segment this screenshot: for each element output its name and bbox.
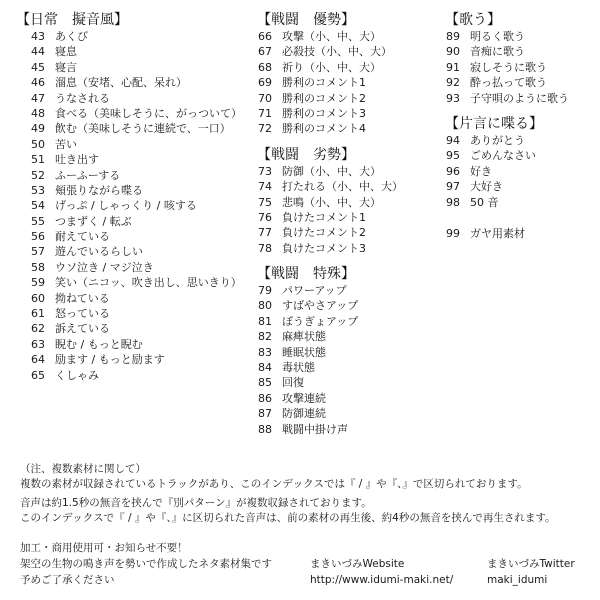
track-list: 79パワーアップ80すばやさアップ81ぼうぎょアップ82麻痺状態83睡眠状態84… — [257, 283, 403, 437]
track-item: 79パワーアップ — [257, 283, 403, 298]
track-label: 攻撃（小、中、大） — [282, 29, 381, 44]
track-label: くしゃみ — [55, 368, 99, 383]
track-number: 66 — [258, 29, 282, 44]
track-number: 95 — [446, 148, 470, 163]
track-item: 60拗ねている — [16, 291, 242, 306]
track-item: 90音痴に歌う — [445, 44, 569, 59]
track-label: 励ます / もっと励ます — [55, 352, 165, 367]
section-title: 【戦闘 特殊】 — [257, 266, 403, 283]
track-number: 70 — [258, 91, 282, 106]
track-list: 89明るく歌う90音痴に歌う91寂しそうに歌う92酔っ払って歌う93子守唄のよう… — [445, 29, 569, 106]
track-number: 94 — [446, 133, 470, 148]
website-label: まきいづみWebsite — [310, 556, 453, 572]
track-number: 91 — [446, 60, 470, 75]
track-item: 85回復 — [257, 375, 403, 390]
track-label: 勝利のコメント2 — [282, 91, 366, 106]
spacer — [445, 210, 569, 226]
track-label: 怒っている — [55, 306, 110, 321]
track-number: 81 — [258, 314, 282, 329]
track-item: 70勝利のコメント2 — [257, 91, 403, 106]
track-label: 酔っ払って歌う — [470, 75, 547, 90]
track-label: げっぷ / しゃっくり / 咳する — [55, 198, 197, 213]
track-item: 78負けたコメント3 — [257, 241, 403, 256]
track-item: 69勝利のコメント1 — [257, 75, 403, 90]
track-label: 勝利のコメント3 — [282, 106, 366, 121]
section-title: 【戦闘 優勢】 — [257, 12, 403, 29]
track-item: 55つまずく / 転ぶ — [16, 214, 242, 229]
track-item: 64励ます / もっと励ます — [16, 352, 242, 367]
track-number: 55 — [31, 214, 55, 229]
track-label: 悲鳴（小、中、大） — [282, 195, 381, 210]
track-number: 84 — [258, 360, 282, 375]
track-label: 大好き — [470, 179, 503, 194]
track-number: 83 — [258, 345, 282, 360]
track-item: 50苦い — [16, 137, 242, 152]
track-item: 93子守唄のように歌う — [445, 91, 569, 106]
track-item: 58ウソ泣き / マジ泣き — [16, 260, 242, 275]
section-title: 【日常 擬音風】 — [16, 12, 242, 29]
track-number: 89 — [446, 29, 470, 44]
track-label: 必殺技（小、中、大） — [282, 44, 392, 59]
twitter-handle-link[interactable]: maki_idumi — [487, 574, 547, 586]
track-label: 溜息（安堵、心配、呆れ） — [55, 75, 187, 90]
spacer — [257, 256, 403, 266]
track-label: 子守唄のように歌う — [470, 91, 569, 106]
track-label: 頬張りながら喋る — [55, 183, 143, 198]
track-number: 74 — [258, 179, 282, 194]
track-number: 86 — [258, 391, 282, 406]
website-link[interactable]: http://www.idumi-maki.net/ — [310, 574, 453, 586]
track-list: 99ガヤ用素材 — [445, 226, 569, 241]
track-number: 96 — [446, 164, 470, 179]
track-label: 明るく歌う — [470, 29, 525, 44]
license-note: 加工・商用使用可・お知らせ不要！ 架空の生物の鳴き声を勢いで作成したネタ素材集で… — [20, 540, 272, 588]
track-label: 負けたコメント2 — [282, 225, 366, 240]
track-item: 48食べる（美味しそうに、がっついて） — [16, 106, 242, 121]
track-number: 73 — [258, 164, 282, 179]
track-label: ふーふーする — [55, 168, 120, 183]
track-item: 80すばやさアップ — [257, 298, 403, 313]
track-item: 97大好き — [445, 179, 569, 194]
track-label: 打たれる（小、中、大） — [282, 179, 403, 194]
track-number: 69 — [258, 75, 282, 90]
track-label: あくび — [55, 29, 88, 44]
track-number: 72 — [258, 121, 282, 136]
track-item: 81ぼうぎょアップ — [257, 314, 403, 329]
track-item: 67必殺技（小、中、大） — [257, 44, 403, 59]
notes-line-1: 複数の素材が収録されているトラックがあり、このインデックスでは『 / 』や『、』… — [20, 477, 590, 492]
track-number: 88 — [258, 422, 282, 437]
track-number: 80 — [258, 298, 282, 313]
track-number: 54 — [31, 198, 55, 213]
track-number: 43 — [31, 29, 55, 44]
track-number: 50 — [31, 137, 55, 152]
track-label: 勝利のコメント1 — [282, 75, 366, 90]
track-item: 62訴えている — [16, 321, 242, 336]
track-item: 49飲む（美味しそうに連続で、一口） — [16, 121, 242, 136]
track-label: 負けたコメント1 — [282, 210, 366, 225]
track-item: 72勝利のコメント4 — [257, 121, 403, 136]
section-daily-onomatopoeia: 【日常 擬音風】 43あくび44寝息45寝言46溜息（安堵、心配、呆れ）47うな… — [16, 12, 242, 383]
track-item: 51吐き出す — [16, 152, 242, 167]
track-label: 祈り（小、中、大） — [282, 60, 381, 75]
license-line-2: 架空の生物の鳴き声を勢いで作成したネタ素材集です — [20, 556, 272, 572]
track-item: 96好き — [445, 164, 569, 179]
track-item: 82麻痺状態 — [257, 329, 403, 344]
section-battle-disadvantage: 【戦闘 劣勢】 73防御（小、中、大）74打たれる（小、中、大）75悲鳴（小、中… — [257, 147, 403, 256]
track-number: 56 — [31, 229, 55, 244]
track-item: 46溜息（安堵、心配、呆れ） — [16, 75, 242, 90]
section-battle-special: 【戦闘 特殊】 79パワーアップ80すばやさアップ81ぼうぎょアップ82麻痺状態… — [257, 266, 403, 437]
track-label: 遊んでいるらしい — [55, 244, 143, 259]
track-number: 57 — [31, 244, 55, 259]
track-label: すばやさアップ — [282, 298, 358, 313]
track-number: 48 — [31, 106, 55, 121]
notes-line-2: 音声は約1.5秒の無音を挟んで『別パターン』が複数収録されております。 — [20, 496, 590, 511]
track-number: 78 — [258, 241, 282, 256]
column-daily: 【日常 擬音風】 43あくび44寝息45寝言46溜息（安堵、心配、呆れ）47うな… — [16, 12, 242, 383]
track-label: 音痴に歌う — [470, 44, 525, 59]
track-item: 43あくび — [16, 29, 242, 44]
track-label: 吐き出す — [55, 152, 99, 167]
track-label: 睡眠状態 — [282, 345, 326, 360]
track-number: 87 — [258, 406, 282, 421]
track-label: パワーアップ — [282, 283, 347, 298]
track-item: 91寂しそうに歌う — [445, 60, 569, 75]
track-number: 61 — [31, 306, 55, 321]
track-item: 56耐えている — [16, 229, 242, 244]
track-item: 61怒っている — [16, 306, 242, 321]
section-title: 【片言に喋る】 — [445, 116, 569, 133]
track-label: ガヤ用素材 — [470, 226, 525, 241]
track-number: 98 — [446, 195, 470, 210]
track-number: 51 — [31, 152, 55, 167]
track-label: 寝息 — [55, 44, 77, 59]
track-number: 46 — [31, 75, 55, 90]
track-item: 9850 音 — [445, 195, 569, 210]
track-item: 89明るく歌う — [445, 29, 569, 44]
track-label: 防御（小、中、大） — [282, 164, 381, 179]
track-label: 訴えている — [55, 321, 110, 336]
track-label: ありがとう — [470, 133, 525, 148]
track-number: 75 — [258, 195, 282, 210]
track-number: 67 — [258, 44, 282, 59]
track-item: 71勝利のコメント3 — [257, 106, 403, 121]
track-number: 90 — [446, 44, 470, 59]
track-number: 93 — [446, 91, 470, 106]
track-number: 97 — [446, 179, 470, 194]
spacer — [257, 137, 403, 147]
track-number: 47 — [31, 91, 55, 106]
track-item: 75悲鳴（小、中、大） — [257, 195, 403, 210]
license-line-1: 加工・商用使用可・お知らせ不要！ — [20, 540, 272, 556]
track-number: 65 — [31, 368, 55, 383]
track-item: 45寝言 — [16, 60, 242, 75]
track-list: 73防御（小、中、大）74打たれる（小、中、大）75悲鳴（小、中、大）76負けた… — [257, 164, 403, 256]
track-number: 59 — [31, 275, 55, 290]
track-item: 94ありがとう — [445, 133, 569, 148]
track-item: 59笑い（ニコッ、吹き出し、思いきり） — [16, 275, 242, 290]
track-label: 回復 — [282, 375, 304, 390]
track-label: うなされる — [55, 91, 110, 106]
track-label: 防御連続 — [282, 406, 326, 421]
track-list: 43あくび44寝息45寝言46溜息（安堵、心配、呆れ）47うなされる48食べる（… — [16, 29, 242, 383]
track-item: 47うなされる — [16, 91, 242, 106]
track-number: 45 — [31, 60, 55, 75]
track-item: 73防御（小、中、大） — [257, 164, 403, 179]
column-sing-speak: 【歌う】 89明るく歌う90音痴に歌う91寂しそうに歌う92酔っ払って歌う93子… — [445, 12, 569, 241]
track-item: 77負けたコメント2 — [257, 225, 403, 240]
track-number: 71 — [258, 106, 282, 121]
track-item: 87防御連続 — [257, 406, 403, 421]
column-battle: 【戦闘 優勢】 66攻撃（小、中、大）67必殺技（小、中、大）68祈り（小、中、… — [257, 12, 403, 437]
license-line-3: 予めご了承ください — [20, 572, 272, 588]
section-sing: 【歌う】 89明るく歌う90音痴に歌う91寂しそうに歌う92酔っ払って歌う93子… — [445, 12, 569, 106]
track-number: 76 — [258, 210, 282, 225]
spacer — [445, 106, 569, 116]
notes-heading: （注、複数素材に関して） — [20, 462, 590, 477]
track-number: 85 — [258, 375, 282, 390]
track-item: 95ごめんなさい — [445, 148, 569, 163]
track-label: 毒状態 — [282, 360, 315, 375]
track-number: 62 — [31, 321, 55, 336]
track-number: 64 — [31, 352, 55, 367]
track-item: 84毒状態 — [257, 360, 403, 375]
track-item: 52ふーふーする — [16, 168, 242, 183]
track-number: 44 — [31, 44, 55, 59]
track-label: 睨む / もっと睨む — [55, 337, 143, 352]
track-label: 寂しそうに歌う — [470, 60, 547, 75]
track-item: 68祈り（小、中、大） — [257, 60, 403, 75]
track-number: 77 — [258, 225, 282, 240]
track-label: 笑い（ニコッ、吹き出し、思いきり） — [55, 275, 242, 290]
track-list: 94ありがとう95ごめんなさい96好き97大好き9850 音 — [445, 133, 569, 210]
track-item: 99ガヤ用素材 — [445, 226, 569, 241]
track-number: 68 — [258, 60, 282, 75]
track-number: 53 — [31, 183, 55, 198]
track-number: 52 — [31, 168, 55, 183]
track-item: 74打たれる（小、中、大） — [257, 179, 403, 194]
twitter-info: まきいづみTwitter maki_idumi — [487, 556, 575, 588]
track-number: 58 — [31, 260, 55, 275]
website-info: まきいづみWebsite http://www.idumi-maki.net/ — [310, 556, 453, 588]
notes-line-3: このインデックスで『 / 』や『、』に区切られた音声は、前の素材の再生後、約4秒… — [20, 511, 590, 526]
track-item: 65くしゃみ — [16, 368, 242, 383]
track-label: 苦い — [55, 137, 77, 152]
track-label: 麻痺状態 — [282, 329, 326, 344]
track-label: 耐えている — [55, 229, 110, 244]
track-label: 寝言 — [55, 60, 77, 75]
track-item: 76負けたコメント1 — [257, 210, 403, 225]
track-label: 飲む（美味しそうに連続で、一口） — [55, 121, 231, 136]
section-battle-advantage: 【戦闘 優勢】 66攻撃（小、中、大）67必殺技（小、中、大）68祈り（小、中、… — [257, 12, 403, 137]
track-item: 57遊んでいるらしい — [16, 244, 242, 259]
track-label: つまずく / 転ぶ — [55, 214, 132, 229]
track-label: ごめんなさい — [470, 148, 536, 163]
track-label: ぼうぎょアップ — [282, 314, 358, 329]
section-broken-speech: 【片言に喋る】 94ありがとう95ごめんなさい96好き97大好き9850 音 — [445, 116, 569, 210]
track-list: 66攻撃（小、中、大）67必殺技（小、中、大）68祈り（小、中、大）69勝利のコ… — [257, 29, 403, 137]
notes-block: （注、複数素材に関して） 複数の素材が収録されているトラックがあり、このインデッ… — [20, 462, 590, 526]
track-number: 49 — [31, 121, 55, 136]
track-label: 50 音 — [470, 195, 499, 210]
track-item: 53頬張りながら喋る — [16, 183, 242, 198]
track-number: 82 — [258, 329, 282, 344]
section-title: 【戦闘 劣勢】 — [257, 147, 403, 164]
track-item: 66攻撃（小、中、大） — [257, 29, 403, 44]
track-item: 86攻撃連続 — [257, 391, 403, 406]
track-item: 83睡眠状態 — [257, 345, 403, 360]
track-label: 拗ねている — [55, 291, 110, 306]
track-label: 勝利のコメント4 — [282, 121, 366, 136]
track-number: 79 — [258, 283, 282, 298]
section-title: 【歌う】 — [445, 12, 569, 29]
track-item: 88戦闘中掛け声 — [257, 422, 403, 437]
track-label: 攻撃連続 — [282, 391, 326, 406]
section-crowd: 99ガヤ用素材 — [445, 226, 569, 241]
track-number: 92 — [446, 75, 470, 90]
track-label: 好き — [470, 164, 492, 179]
track-label: 負けたコメント3 — [282, 241, 366, 256]
track-label: ウソ泣き / マジ泣き — [55, 260, 154, 275]
track-label: 戦闘中掛け声 — [282, 422, 348, 437]
track-item: 63睨む / もっと睨む — [16, 337, 242, 352]
twitter-label: まきいづみTwitter — [487, 556, 575, 572]
track-item: 44寝息 — [16, 44, 242, 59]
track-number: 63 — [31, 337, 55, 352]
track-item: 54げっぷ / しゃっくり / 咳する — [16, 198, 242, 213]
track-number: 99 — [446, 226, 470, 241]
track-label: 食べる（美味しそうに、がっついて） — [55, 106, 242, 121]
track-item: 92酔っ払って歌う — [445, 75, 569, 90]
track-number: 60 — [31, 291, 55, 306]
